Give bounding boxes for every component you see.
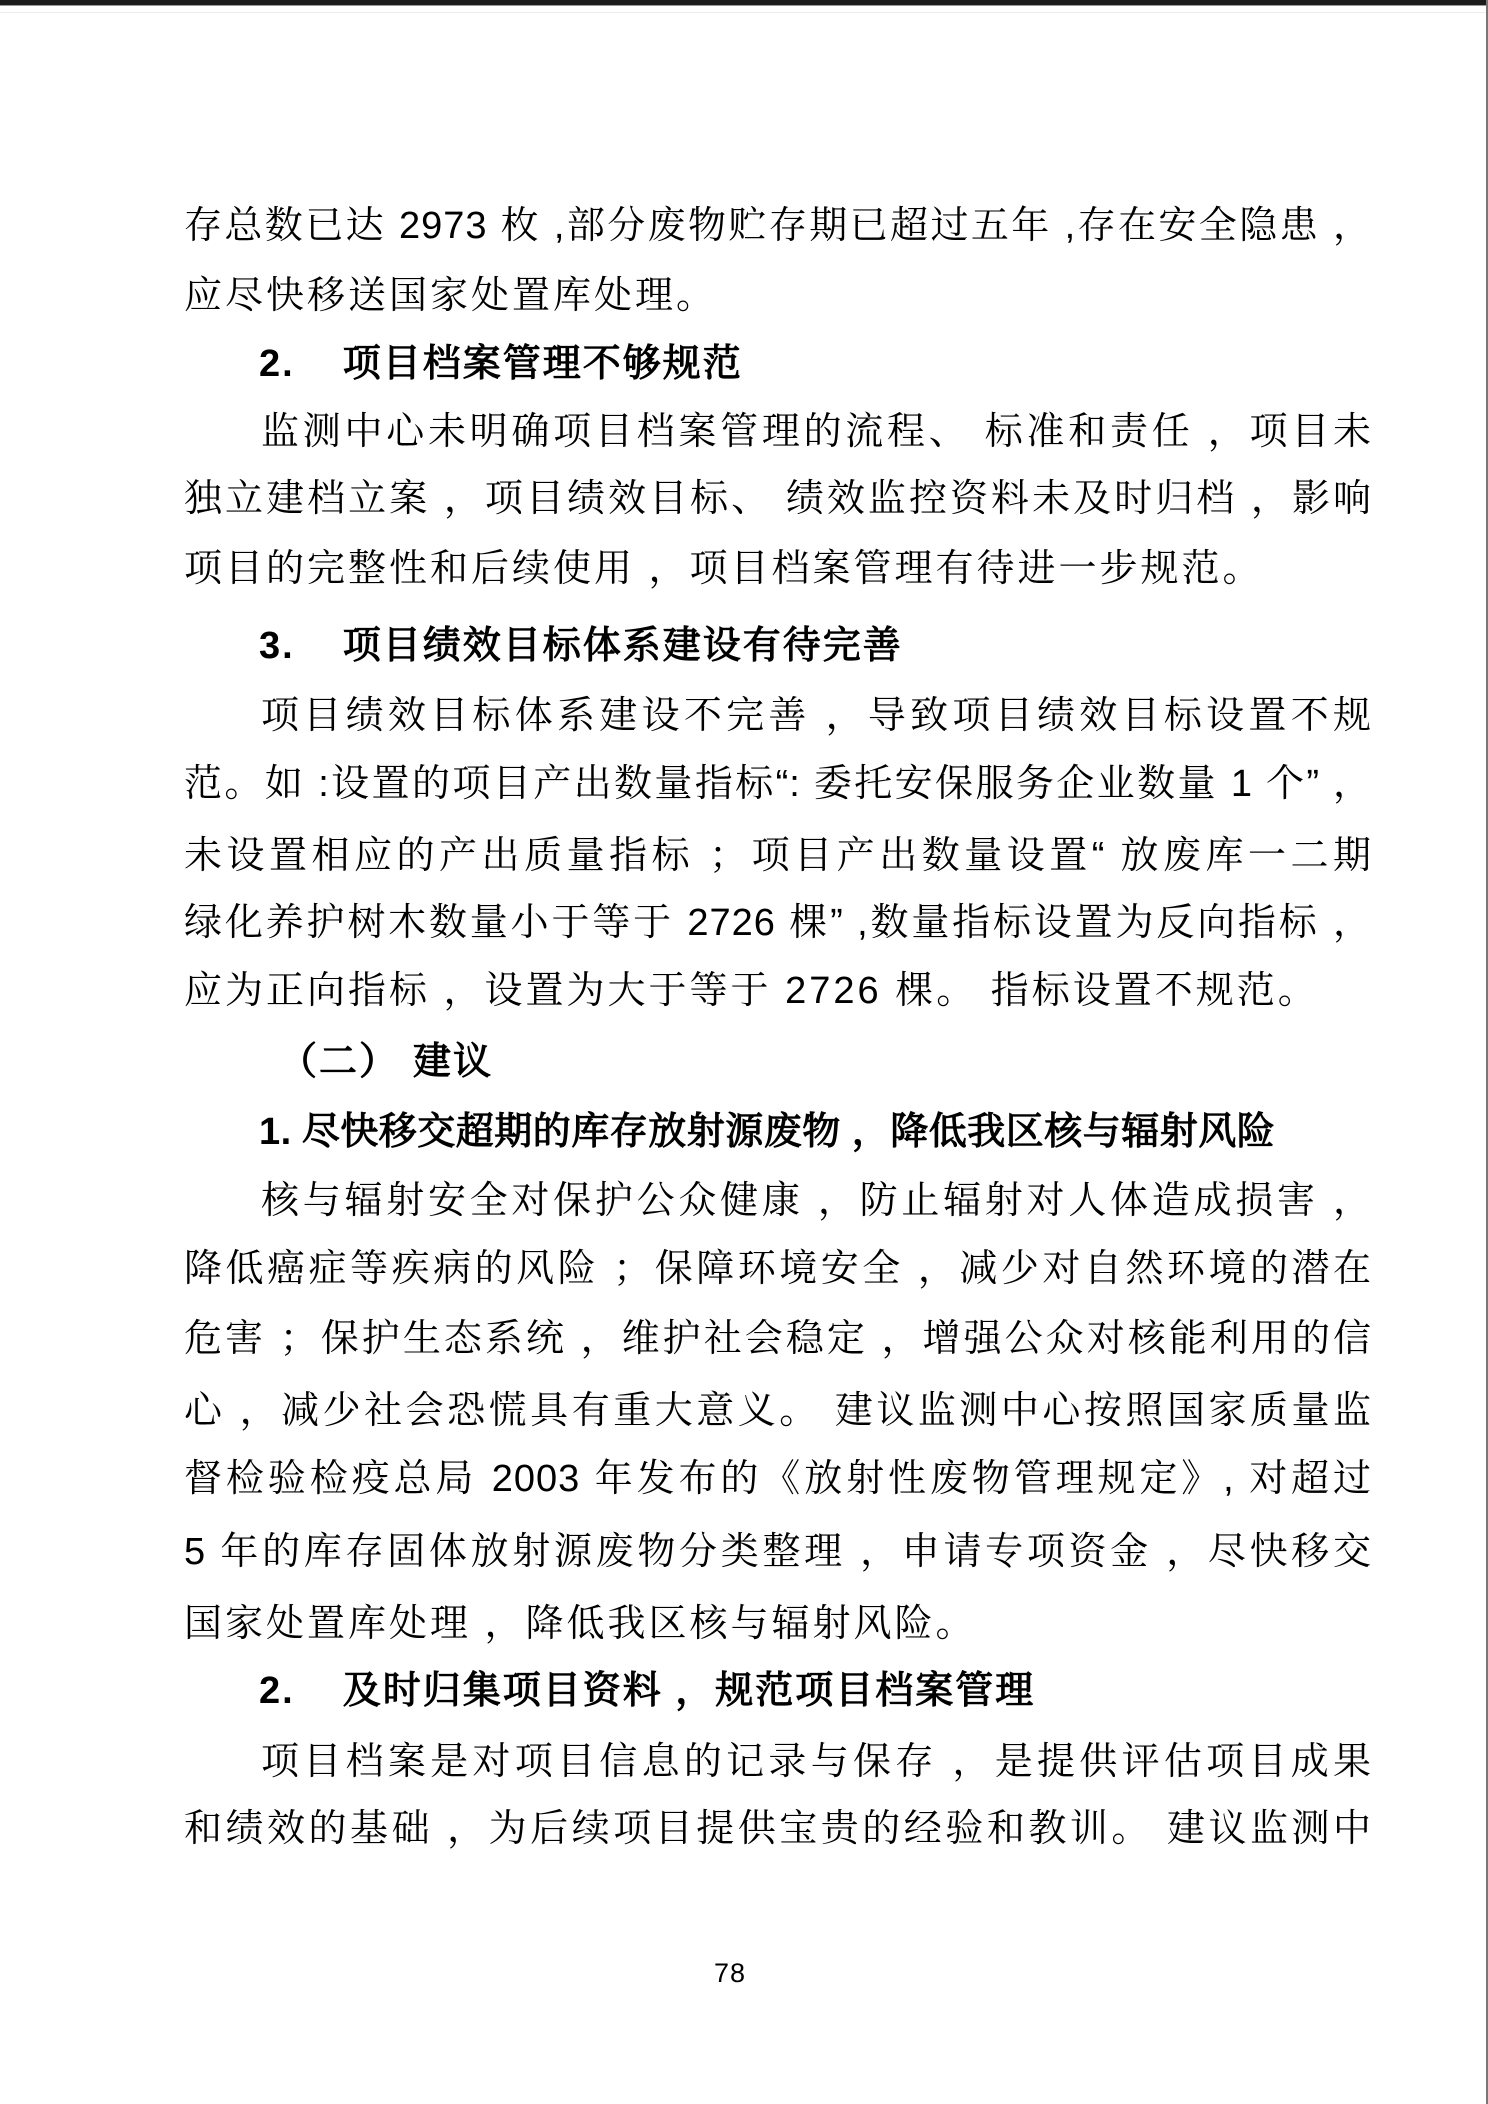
- heading-suggestions: （二）建议: [184, 1036, 1467, 1088]
- body-line: 核与辐射安全对保护公众健康 ，防止辐射对人体造成损害 ，: [184, 1175, 1372, 1227]
- body-line: 心 ，减少社会恐慌具有重大意义。 建议监测中心按照国家质量监: [184, 1385, 1372, 1437]
- heading-title: 及时归集项目资料 ，规范项目档案管理: [343, 1670, 1036, 1712]
- heading-number: （二）: [279, 1036, 399, 1088]
- body-line: 危害 ；保护生态系统 ，维护社会稳定 ，增强公众对核能利用的信: [184, 1313, 1372, 1365]
- body-line: 督检验检疫总局 2003 年发布的《放射性废物管理规定》, 对超过: [184, 1453, 1372, 1505]
- body-line: 应尽快移送国家处置库处理。: [184, 270, 1372, 322]
- heading-suggestion-1: 1.尽快移交超期的库存放射源废物 ，降低我区核与辐射风险: [184, 1106, 1447, 1158]
- heading-number: 2.: [259, 1665, 295, 1717]
- page-top-hairline: [0, 12, 1488, 13]
- heading-number: 1.: [259, 1106, 292, 1158]
- window-top-bar-shadow: [0, 5, 1488, 6]
- body-line: 项目绩效目标体系建设不完善 ，导致项目绩效目标设置不规: [184, 690, 1372, 742]
- body-line: 应为正向指标 ，设置为大于等于 2726 棵。 指标设置不规范。: [184, 965, 1372, 1017]
- heading-suggestion-2: 2.及时归集项目资料 ，规范项目档案管理: [184, 1665, 1447, 1717]
- body-line: 降低癌症等疾病的风险 ；保障环境安全 ，减少对自然环境的潜在: [184, 1243, 1372, 1295]
- heading-title: 尽快移交超期的库存放射源废物 ，降低我区核与辐射风险: [302, 1111, 1276, 1153]
- heading-title: 项目档案管理不够规范: [343, 343, 743, 385]
- heading-title: 项目绩效目标体系建设有待完善: [343, 625, 903, 667]
- body-line: 绿化养护树木数量小于等于 2726 棵” ,数量指标设置为反向指标 ，: [184, 897, 1372, 949]
- body-line: 5 年的库存固体放射源废物分类整理 ，申请专项资金 ，尽快移交: [184, 1526, 1372, 1578]
- body-line: 国家处置库处理 ，降低我区核与辐射风险。: [184, 1598, 1372, 1650]
- body-line: 未设置相应的产出质量指标 ；项目产出数量设置“ 放废库一二期: [184, 830, 1372, 882]
- body-line: 项目的完整性和后续使用 ，项目档案管理有待进一步规范。: [184, 543, 1372, 595]
- body-line: 独立建档立案 ，项目绩效目标、 绩效监控资料未及时归档 ，影响: [184, 473, 1372, 525]
- body-line: 和绩效的基础 ，为后续项目提供宝贵的经验和教训。 建议监测中: [184, 1803, 1372, 1855]
- heading-issue-3: 3.项目绩效目标体系建设有待完善: [184, 620, 1447, 672]
- body-line: 监测中心未明确项目档案管理的流程、 标准和责任 ，项目未: [184, 406, 1372, 458]
- heading-number: 2.: [259, 338, 295, 390]
- heading-title: 建议: [413, 1041, 493, 1083]
- heading-issue-2: 2.项目档案管理不够规范: [184, 338, 1447, 390]
- body-line: 项目档案是对项目信息的记录与保存 ，是提供评估项目成果: [184, 1736, 1372, 1788]
- heading-number: 3.: [259, 620, 295, 672]
- page-number: 78: [0, 1958, 1460, 1989]
- body-line: 存总数已达 2973 枚 ,部分废物贮存期已超过五年 ,存在安全隐患 ，: [184, 200, 1372, 252]
- body-line: 范。如 :设置的项目产出数量指标“: 委托安保服务企业数量 1 个” ，: [184, 758, 1372, 810]
